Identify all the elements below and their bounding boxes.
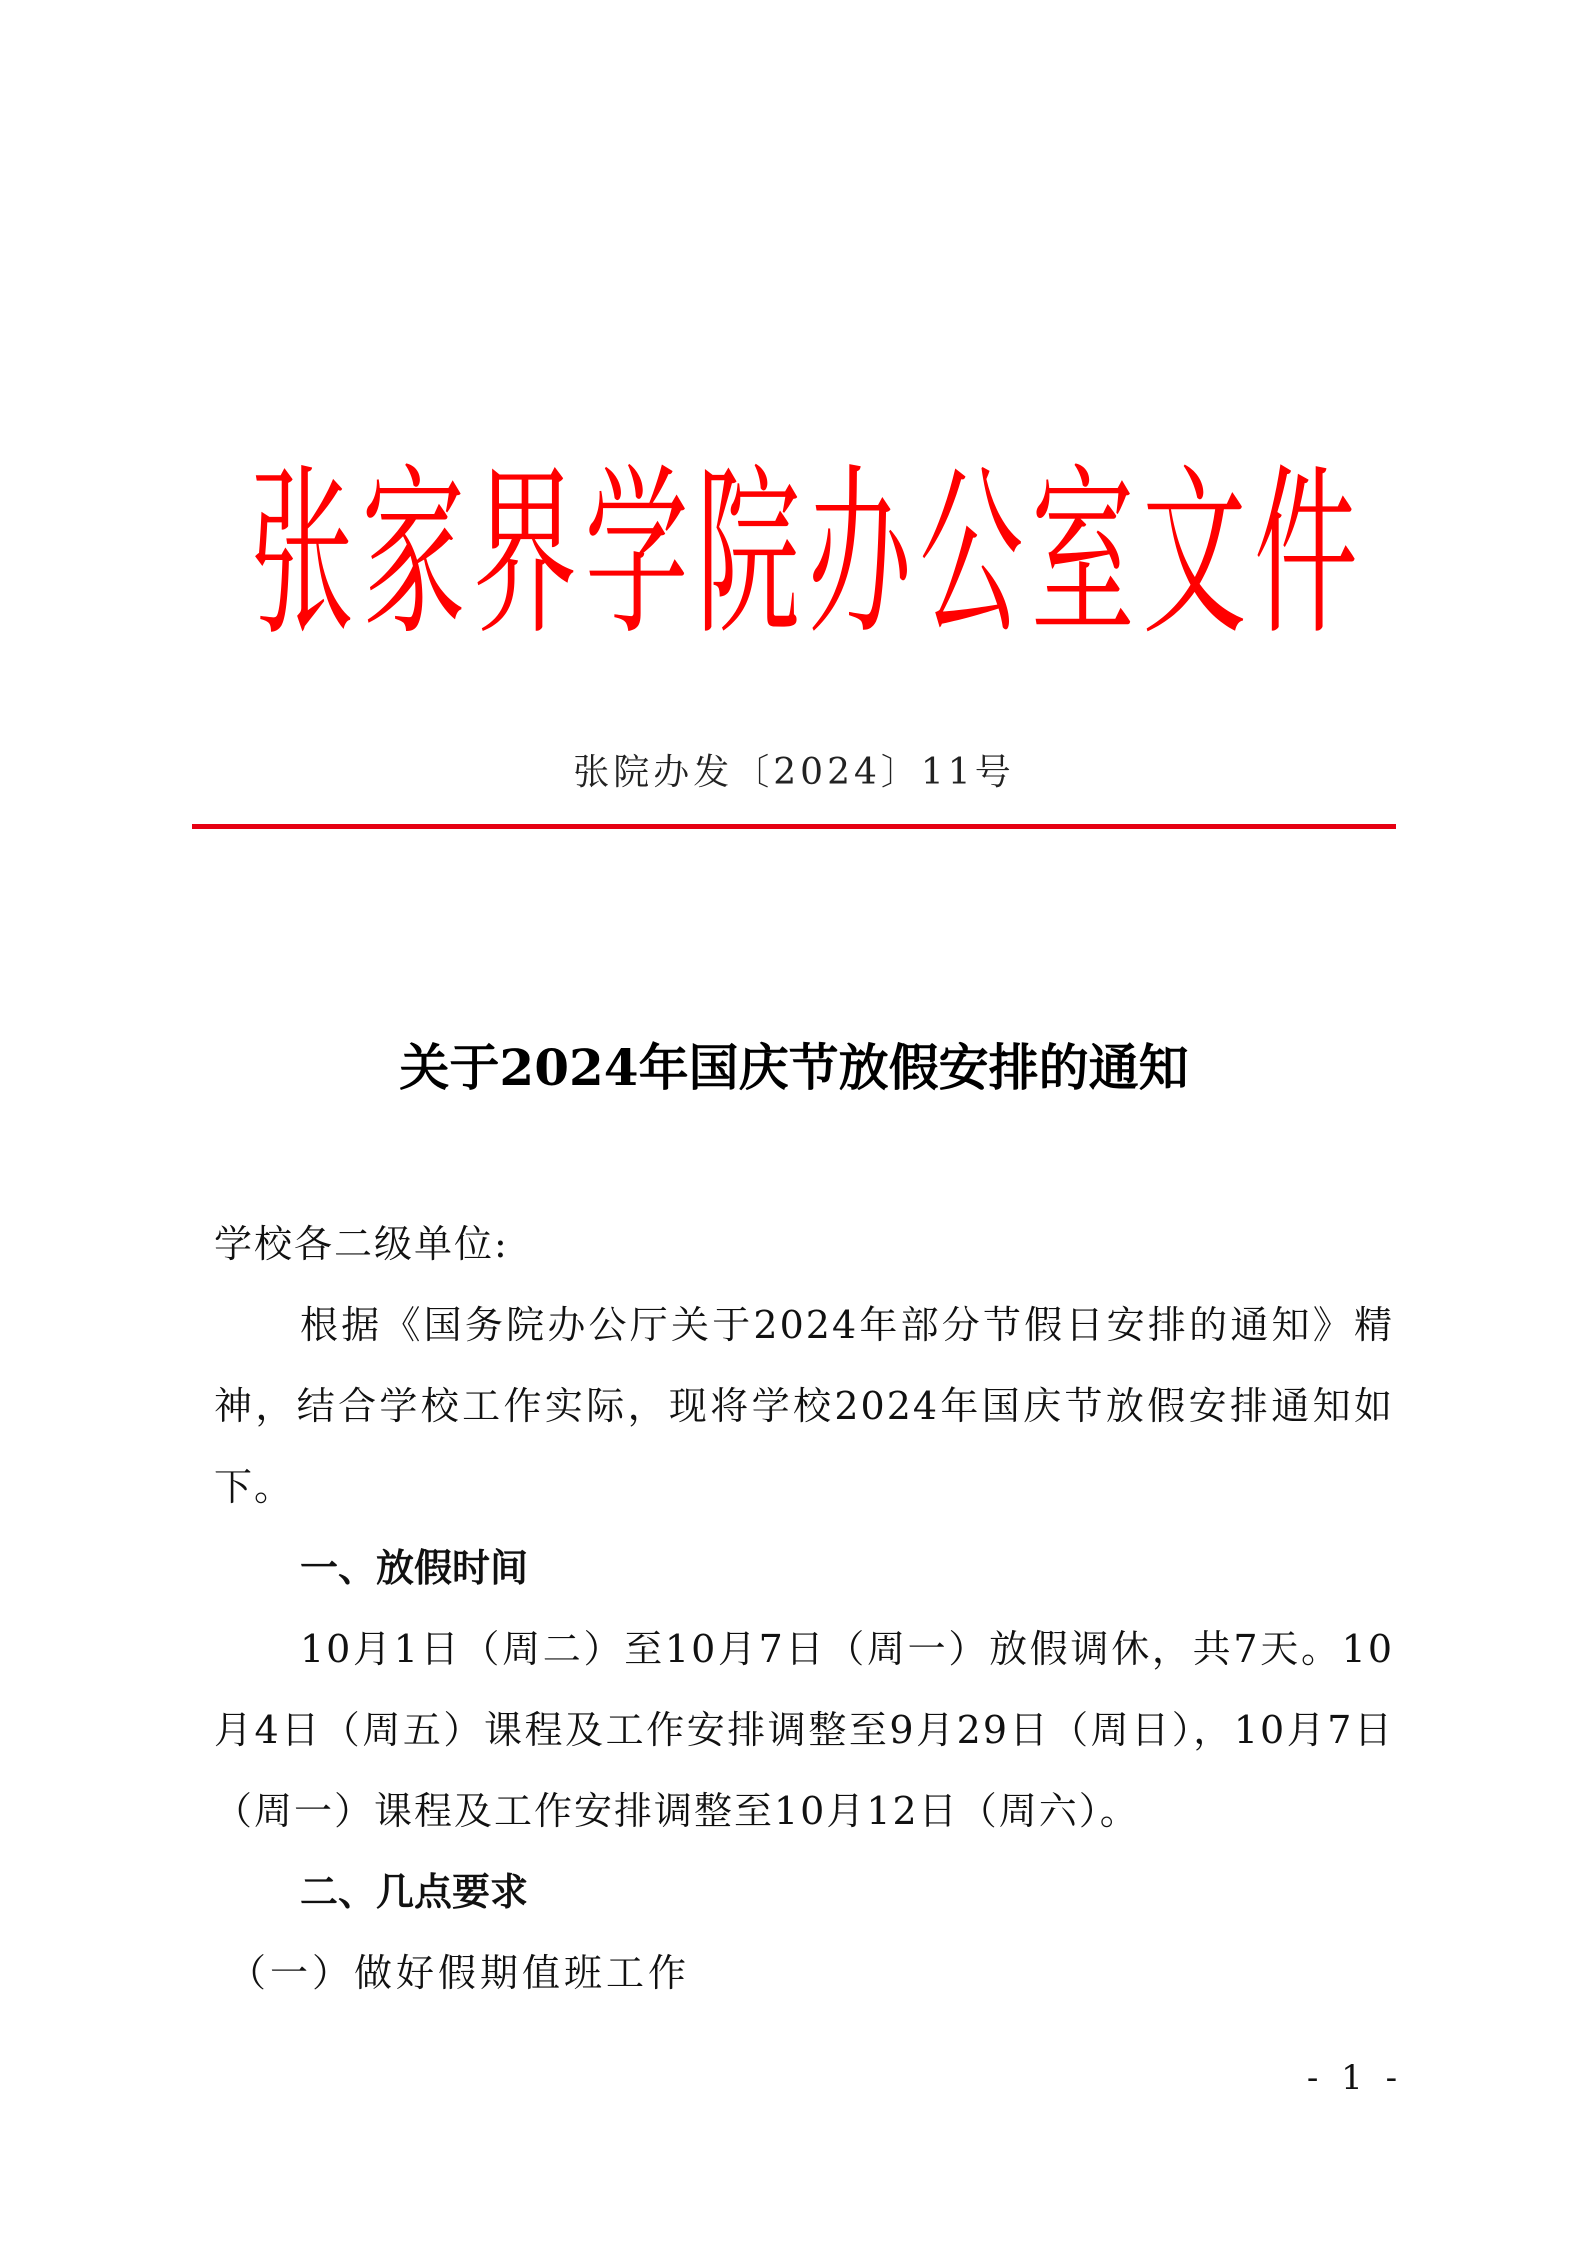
section-heading-2: 二、几点要求	[214, 1852, 1394, 1933]
intro-paragraph: 根据《国务院办公厅关于2024年部分节假日安排的通知》精神，结合学校工作实际，现…	[214, 1285, 1394, 1528]
subsection-heading-1: （一）做好假期值班工作	[214, 1933, 1394, 2014]
red-divider-rule	[192, 824, 1396, 829]
masthead-char: 件	[1254, 393, 1350, 717]
salutation: 学校各二级单位:	[214, 1204, 1394, 1285]
masthead-char: 室	[1031, 393, 1127, 717]
section-1-paragraph: 10月1日（周二）至10月7日（周一）放假调休，共7天。10月4日（周五）课程及…	[214, 1609, 1394, 1852]
masthead-char: 公	[919, 393, 1015, 717]
document-page: 张 家 界 学 院 办 公 室 文 件 张院办发〔2024〕11号 关于2024…	[0, 0, 1588, 2245]
masthead-char: 家	[362, 393, 458, 717]
page-number: - 1 -	[1290, 2056, 1420, 2100]
masthead-char: 办	[808, 393, 904, 717]
masthead-title: 张 家 界 学 院 办 公 室 文 件	[250, 462, 1350, 647]
section-heading-1: 一、放假时间	[214, 1528, 1394, 1609]
masthead-char: 院	[696, 393, 792, 717]
document-body: 学校各二级单位: 根据《国务院办公厅关于2024年部分节假日安排的通知》精神，结…	[214, 1204, 1394, 2014]
masthead-char: 文	[1142, 393, 1238, 717]
masthead-char: 张	[250, 393, 346, 717]
masthead-char: 界	[473, 393, 569, 717]
notice-title: 关于2024年国庆节放假安排的通知	[0, 1036, 1588, 1100]
document-number: 张院办发〔2024〕11号	[0, 748, 1588, 798]
masthead-char: 学	[585, 393, 681, 717]
